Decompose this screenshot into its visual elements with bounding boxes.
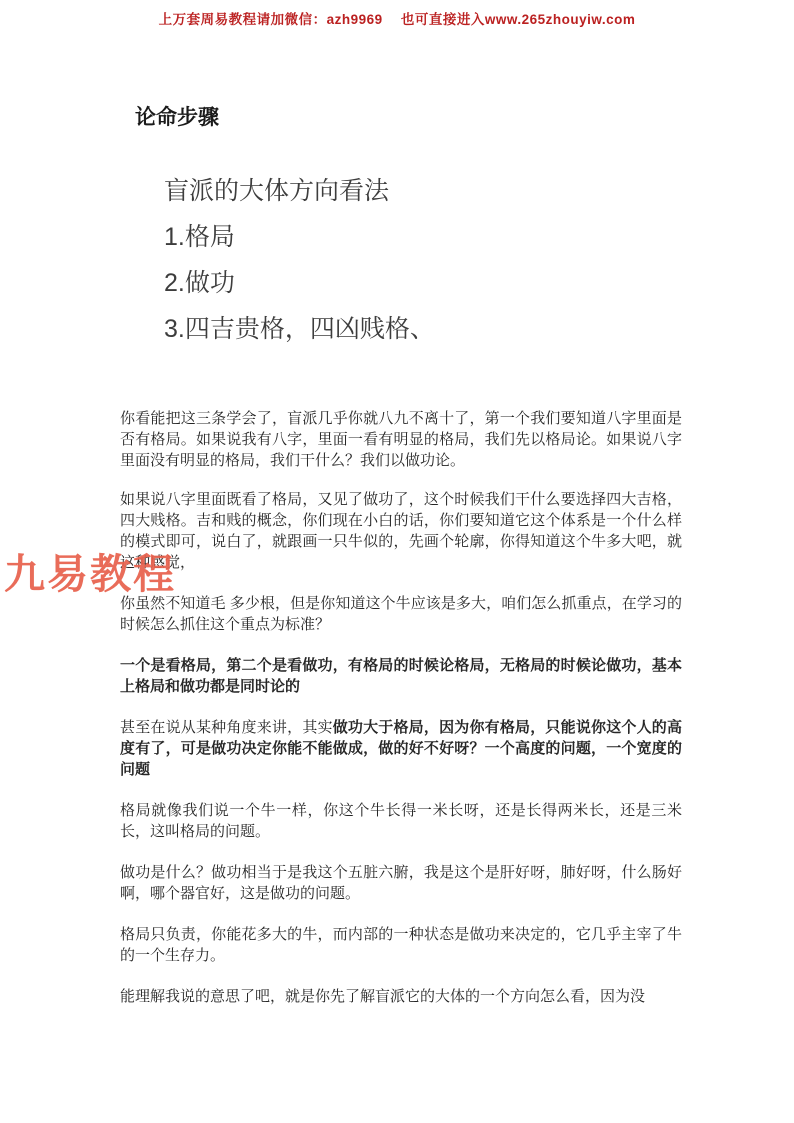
paragraph-8: 格局只负责，你能花多大的牛，而内部的一种状态是做功来决定的，它几乎主宰了牛的一个… xyxy=(120,924,682,966)
paragraph-5-normal-part: 甚至在说从某种角度来讲，其实 xyxy=(120,719,333,736)
slide-heading: 盲派的大体方向看法 xyxy=(164,168,435,214)
paragraph-3: 你虽然不知道毛 多少根，但是你知道这个牛应该是多大，咱们怎么抓重点，在学习的时候… xyxy=(120,593,682,635)
slide-outline: 盲派的大体方向看法 1.格局 2.做功 3.四吉贵格，四凶贱格、 xyxy=(164,168,435,352)
body-text: 你看能把这三条学会了，盲派几乎你就八九不离十了，第一个我们要知道八字里面是否有格… xyxy=(120,408,682,1025)
paragraph-4-bold: 一个是看格局，第二个是看做功，有格局的时候论格局，无格局的时候论做功，基本上格局… xyxy=(120,655,682,697)
slide-item-1: 1.格局 xyxy=(164,214,435,260)
promo-header-text: 上万套周易教程请加微信：azh9969 也可直接进入www.265zhouyiw… xyxy=(0,8,794,28)
slide-item-3: 3.四吉贵格，四凶贱格、 xyxy=(164,306,435,352)
paragraph-7: 做功是什么？做功相当于是我这个五脏六腑，我是这个是肝好呀，肺好呀，什么肠好啊，哪… xyxy=(120,862,682,904)
paragraph-1: 你看能把这三条学会了，盲派几乎你就八九不离十了，第一个我们要知道八字里面是否有格… xyxy=(120,408,682,471)
paragraph-5: 甚至在说从某种角度来讲，其实做功大于格局，因为你有格局，只能说你这个人的高度有了… xyxy=(120,717,682,780)
paragraph-9: 能理解我说的意思了吧，就是你先了解盲派它的大体的一个方向怎么看，因为没 xyxy=(120,986,682,1007)
page-title: 论命步骤 xyxy=(135,101,219,131)
document-page: 上万套周易教程请加微信：azh9969 也可直接进入www.265zhouyiw… xyxy=(0,0,794,1123)
slide-item-2: 2.做功 xyxy=(164,260,435,306)
paragraph-2: 如果说八字里面既看了格局，又见了做功了，这个时候我们干什么要选择四大吉格，四大贱… xyxy=(120,489,682,573)
paragraph-6: 格局就像我们说一个牛一样，你这个牛长得一米长呀，还是长得两米长，还是三米长，这叫… xyxy=(120,800,682,842)
